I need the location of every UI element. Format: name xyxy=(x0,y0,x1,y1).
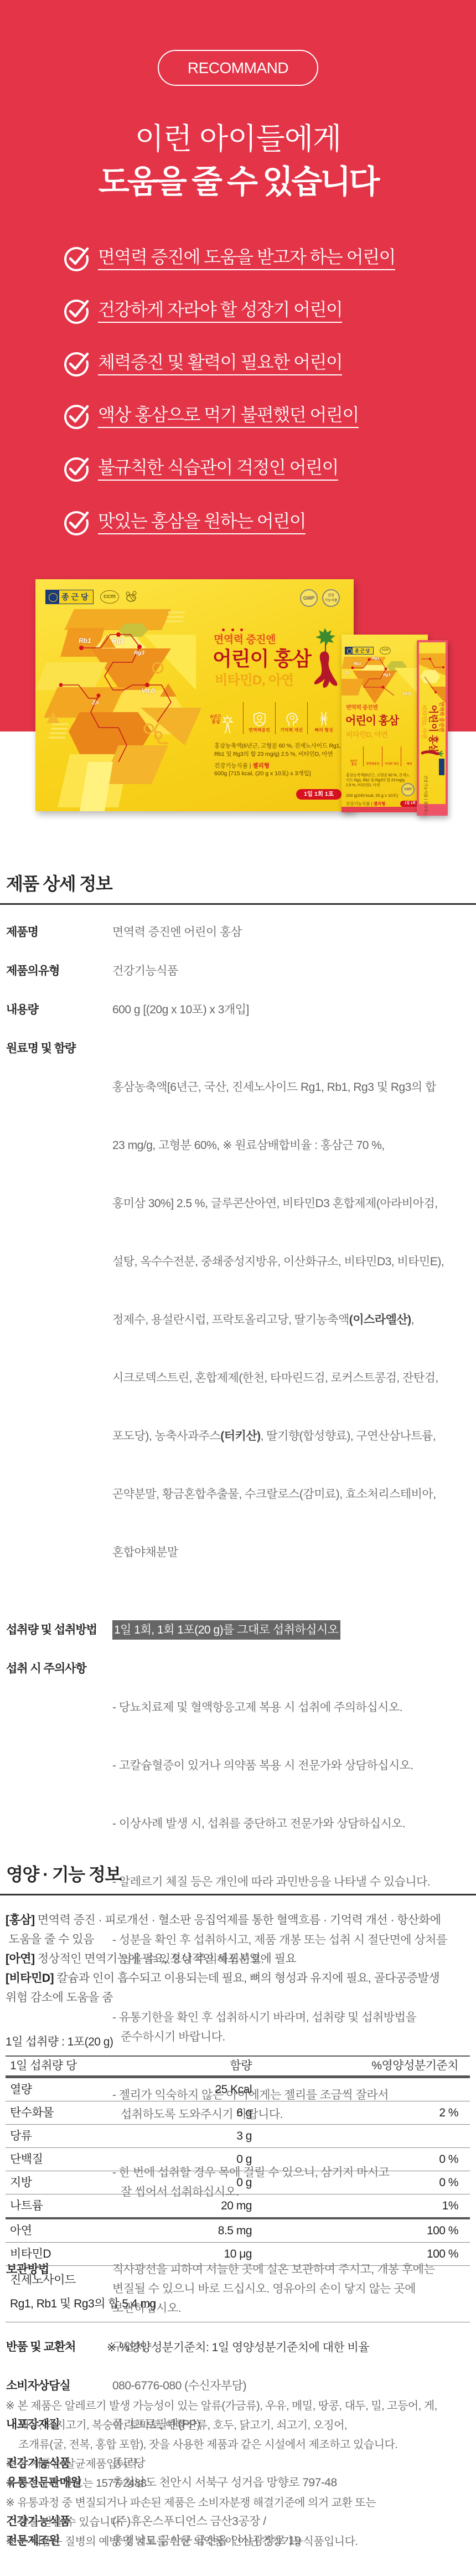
function-label: [홍삼] xyxy=(6,1914,35,1926)
pouch-feature-icons: 6년근 홍삼 면역력증진 기억력 개선 뼈의 xyxy=(345,746,418,766)
product-box-large: 종근당 ccm GMP 건강 기능식품 Rb1 Rg1 Rg3 Vit.D Zn… xyxy=(35,579,354,811)
ingredients-line: 곤약분말, 황금혼합추출물, 수크랄로스(감미료), 효소처리스테비아, xyxy=(112,1485,476,1504)
pattern-label: Vit.D xyxy=(402,692,411,696)
product-pouch: 종근당 ccm Zn Rb1 Rg1 Rg3 Vit.D 면역력 증진엔 어린이… xyxy=(342,635,428,812)
product-stick-pack: 면역력 증진엔 어린이 홍삼 비타민D, 아연 건강기능식품 | 젤리형 | 2… xyxy=(417,640,448,816)
detail-value: 면역력 증진엔 어린이 홍삼 xyxy=(112,923,476,942)
emphasis-dot xyxy=(240,628,243,631)
feature-memory: 기억력 개선 xyxy=(276,702,308,734)
feature-bone: 뼈의 형성 xyxy=(308,702,340,734)
checklist-item: 불규칙한 식습관이 걱정인 어린이 xyxy=(63,455,338,483)
nutrient-percent xyxy=(253,2078,470,2101)
nutrient-percent: 100 % xyxy=(253,2243,470,2265)
detail-row-intake: 섭취량 및 섭취방법 1일 1회, 1회 1포(20 g)를 그대로 섭취하십시… xyxy=(0,1620,476,1640)
checklist-item: 면역력 증진에 도움을 받고자 하는 어린이 xyxy=(63,244,395,273)
table-row: 탄수화물 6 g 2 % xyxy=(6,2101,470,2125)
table-row: 열량 25 Kcal xyxy=(6,2078,470,2101)
daily-value-note: ※ %영양성분기준치: 1일 영양성분기준치에 대한 비율 xyxy=(0,2338,476,2357)
detail-label: 내용량 xyxy=(0,1000,112,1019)
ingredients-line: 홍삼농축액[6년근, 국산, 진세노사이드 Rg1, Rb1, Rg3 및 Rg… xyxy=(112,1078,476,1097)
function-text: 칼슘과 인이 흡수되고 이용되는데 필요, 뼈의 형성과 유지에 필요, 골다공… xyxy=(6,1972,439,2004)
feature-label: 면역력증진 xyxy=(366,762,379,766)
detail-row-customer-service: 소비자상담실 080-6776-080 (수신자부담) xyxy=(0,2376,476,2395)
detail-value-wrap: 1일 1회, 1회 1포(20 g)를 그대로 섭취하십시오 xyxy=(112,1620,476,1640)
bee-icon xyxy=(123,590,139,605)
feature-label: 6년근 홍삼 xyxy=(350,760,357,766)
emphasis-dot xyxy=(222,628,225,631)
pouch-subtitle: 비타민D, 아연 xyxy=(346,730,387,739)
nutrient-percent: 1% xyxy=(253,2194,470,2217)
table-row: 지방 0 g 0 % xyxy=(6,2171,470,2194)
origin-country-emphasis: (이스라엘산) xyxy=(349,1313,411,1326)
circle-check-icon xyxy=(63,508,91,537)
pouch-type-highlight: 젤리형 xyxy=(374,801,386,806)
stick-product-name: 어린이 홍삼 xyxy=(428,705,438,753)
feature-6year-ginseng: 6년근 홍삼 xyxy=(211,702,244,734)
nutrient-amount: 0 g xyxy=(163,2148,253,2171)
gmp-badge-icon: GMP xyxy=(401,783,415,796)
nutrient-percent: 100 % xyxy=(253,2219,470,2242)
checklist-item-text: 불규칙한 식습관이 걱정인 어린이 xyxy=(98,456,338,481)
column-header: 함량 xyxy=(163,2057,253,2075)
ginseng-icon xyxy=(221,715,234,734)
ingredients-text-segment: 정제수, 용설란시럽, 프락토올리고당, 딸기농축액 xyxy=(112,1313,349,1326)
footnote-adverse-report: ※ 이상사례 신고는 1577-2488 xyxy=(6,2474,476,2493)
box-tagline: 면역력 증진엔 xyxy=(214,633,276,647)
recommend-badge: RECOMMAND xyxy=(158,50,318,86)
footnote-allergy: ※ 본 제품은 알레르기 발생 가능성이 있는 알류(가금류), 우유, 메밀,… xyxy=(6,2397,476,2455)
brand-name: 종근당 xyxy=(353,648,373,654)
shield-person-icon xyxy=(252,712,267,727)
nutrient-name: 탄수화물 xyxy=(6,2101,163,2124)
pouch-bottom-band xyxy=(342,807,428,812)
nutrient-name: 열량 xyxy=(6,2078,163,2101)
ingredients-text-segment: , 딸기향(합성향료), 구연산삼나트륨, xyxy=(261,1430,436,1442)
pattern-label: Zn xyxy=(92,700,99,706)
box-volume: 600g [715 kcal, (20 g x 10포) x 3개입] xyxy=(214,770,311,777)
footnote-not-medicine: ※ 본 제품은 질병의 예방 및 치료를 위한 의약품이 아닌 건강기능식품입니… xyxy=(6,2532,476,2552)
detail-value: 건강기능식품 xyxy=(112,961,476,981)
nutrient-name: 비타민D xyxy=(6,2243,163,2265)
stick-pattern-graphic xyxy=(419,642,446,703)
nutrient-amount: 6 g xyxy=(163,2101,253,2124)
pattern-label: Rg3 xyxy=(134,650,144,656)
box-type: 건강기능식품 | xyxy=(214,763,252,769)
box-ingredients-text: 홍삼농축액(6년근, 고형분 60 %, 진세노사이드 Rg1, Rb1 및 R… xyxy=(214,742,341,759)
circle-check-icon xyxy=(63,402,91,431)
ingredients-line: 혼합야채분말 xyxy=(112,1543,476,1562)
detail-label: 제품명 xyxy=(0,923,112,942)
detail-row-ingredients: 원료명 및 함량 홍삼농축액[6년근, 국산, 진세노사이드 Rg1, Rb1,… xyxy=(0,1039,476,1601)
pattern-label: Zn xyxy=(345,671,350,675)
pattern-label: Vit.D xyxy=(142,688,156,694)
stick-tagline: 면역력 증진엔 xyxy=(439,702,444,732)
checklist-item: 건강하게 자라야 할 성장기 어린이 xyxy=(63,297,342,326)
footnote-sterilized: ※ 본 제품은 살균제품입니다. xyxy=(6,2455,476,2474)
ingredients-line: 설탕, 옥수수전분, 중쇄중성지방유, 이산화규소, 비타민D3, 비타민E), xyxy=(112,1252,476,1271)
feature-6year-ginseng: 6년근 홍삼 xyxy=(345,746,364,766)
brand-logo xyxy=(439,759,444,775)
feature-memory: 기억력 개선 xyxy=(382,746,401,766)
nutrition-section: 영양 · 기능 정보 [홍삼] 면역력 증진 · 피로개선 · 혈소판 응집억제… xyxy=(0,1863,476,2007)
pattern-label: Rg3 xyxy=(383,673,390,677)
column-header: 1일 섭취량 당 xyxy=(6,2057,163,2075)
ingredients-text-segment: , xyxy=(411,1313,414,1326)
checklist-item: 맛있는 홍삼을 원하는 어린이 xyxy=(63,508,306,537)
ingredients-line: 포도당), 농축사과주스(터키산), 딸기향(합성향료), 구연산삼나트륨, xyxy=(112,1426,476,1446)
pouch-product-name: 어린이 홍삼 xyxy=(345,714,399,728)
detail-label: 소비자상담실 xyxy=(0,2376,112,2395)
bone-icon xyxy=(318,711,329,727)
ginsenoside-row: 진세노사이드 Rg1, Rb1 및 Rg3의 합 5.4 mg xyxy=(6,2266,470,2322)
checklist-item-text: 액상 홍삼으로 먹기 불편했던 어린이 xyxy=(98,404,359,428)
brand-emblem-icon xyxy=(345,647,353,655)
ingredients-text-segment: 포도당), 농축사과주스 xyxy=(112,1430,220,1442)
feature-label: 뼈의 xyxy=(407,762,412,766)
feature-label: 기억력 개선 xyxy=(280,727,303,734)
pouch-pattern-graphic xyxy=(342,635,428,707)
column-header: %영양성분기준치 xyxy=(253,2057,470,2075)
box-type-highlight: 젤리형 xyxy=(252,763,269,769)
feature-label: 면역력증진 xyxy=(249,727,270,734)
ginseng-illustration-icon xyxy=(421,749,443,759)
function-item-zinc: [아연] 정상적인 면역기능에 필요, 정상적인 세포분열에 필요 xyxy=(6,1949,476,1969)
ingredients-text: 홍삼농축액[6년근, 국산, 진세노사이드 Rg1, Rb1, Rg3 및 Rg… xyxy=(112,1039,476,1601)
box-dosage-badge: 1일 1회 1포 xyxy=(296,789,342,800)
box-feature-icons: 6년근 홍삼 면역력증진 기억력 개선 뼈의 형성 xyxy=(211,702,340,734)
table-row: 나트륨 20 mg 1% xyxy=(6,2194,470,2219)
origin-country-emphasis: (터키산) xyxy=(220,1430,260,1442)
detail-row-volume: 내용량 600 g [(20g x 10포) x 3개입] xyxy=(0,1000,476,1019)
box-product-name: 어린이 홍삼 xyxy=(213,648,311,670)
pattern-label: Rb1 xyxy=(79,637,91,645)
section-divider xyxy=(0,1894,476,1895)
circle-check-icon xyxy=(63,244,91,273)
nutrient-amount: 8.5 mg xyxy=(163,2219,253,2242)
brand-emblem-icon xyxy=(46,590,59,604)
ingredients-line: 홍미삼 30%] 2.5 %, 글루콘산아연, 비타민D3 혼합제제(아라비아검… xyxy=(112,1194,476,1213)
stick-subtitle: 비타민D, 아연 xyxy=(421,705,427,739)
nutrient-name: 단백질 xyxy=(6,2148,163,2171)
precaution-item: - 이상사례 발생 시, 섭취를 중단하고 전문가와 상담하십시오. xyxy=(112,1814,476,1833)
pouch-ingredients-text: 홍삼농축액(6년근, 고형분 60 %, 진세노 이드 Rg1, Rb1 및 R… xyxy=(346,773,410,788)
feature-immunity: 면역력증진 xyxy=(364,746,382,766)
feature-label: 뼈의 형성 xyxy=(314,727,333,734)
detail-label: 제품의유형 xyxy=(0,961,112,981)
table-header-row: 1일 섭취량 당 함량 %영양성분기준치 xyxy=(6,2057,470,2078)
pouch-volume: 200 g(240 kcal, 20 g x 10포) xyxy=(346,793,398,798)
section-divider xyxy=(0,903,476,905)
ingredients-line: 시크로덱스트린, 혼합제제(한천, 타마린드검, 로커스트콩검, 잔탄검, xyxy=(112,1368,476,1388)
pouch-type: 건강기능식품 | xyxy=(346,801,374,806)
detail-row-product-name: 제품명 면역력 증진엔 어린이 홍삼 xyxy=(0,923,476,942)
function-item-red-ginseng: [홍삼] 면역력 증진 · 피로개선 · 혈소판 응집억제를 통한 혈액흐름 ·… xyxy=(6,1910,476,1949)
feature-label: 6년근 홍삼 xyxy=(210,714,221,724)
box-subtitle: 비타민D, 아연 xyxy=(215,672,294,689)
function-item-vitamin-d: [비타민D] 칼슘과 인이 흡수되고 이용되는데 필요, 뼈의 형성과 유지에 … xyxy=(6,1969,476,2007)
section-title: 영양 · 기능 정보 xyxy=(0,1863,476,1886)
gmp-badge-icon: GMP xyxy=(300,589,318,607)
product-detail-page: RECOMMAND 이런 아이들에게 도움을 줄 수 있습니다 면역력 증진에 … xyxy=(0,0,476,2576)
ingredients-line: 정제수, 용설란시럽, 프락토올리고당, 딸기농축액(이스라엘산), xyxy=(112,1310,476,1330)
function-label: [아연] xyxy=(6,1952,35,1965)
precaution-item: - 유통기한을 확인 후 섭취하시기 바라며, 섭취량 및 섭취방법을 준수하시… xyxy=(112,2008,476,2047)
footnotes: ※ 본 제품은 알레르기 발생 가능성이 있는 알류(가금류), 우유, 메밀,… xyxy=(6,2397,476,2552)
nutrient-amount: 20 mg xyxy=(163,2194,253,2217)
feature-bone: 뼈의 xyxy=(401,746,418,766)
section-title: 제품 상세 정보 xyxy=(0,872,476,895)
nutrient-amount: 25 Kcal xyxy=(163,2078,253,2101)
nutrition-table: 1일 섭취량 당 함량 %영양성분기준치 열량 25 Kcal 탄수화물 6 g… xyxy=(6,2055,470,2322)
pattern-label: Rb1 xyxy=(354,662,361,666)
checklist-item-text: 체력증진 및 활력이 필요한 어린이 xyxy=(98,351,342,375)
pouch-type-line: 건강기능식품 | 젤리형 xyxy=(346,801,385,807)
intake-highlight: 1일 1회, 1회 1포(20 g)를 그대로 섭취하십시오 xyxy=(112,1620,340,1640)
detail-value: 080-6776-080 (수신자부담) xyxy=(112,2376,476,2395)
table-row: 당류 3 g xyxy=(6,2125,470,2148)
detail-row-product-type: 제품의유형 건강기능식품 xyxy=(0,961,476,981)
checklist-item: 액상 홍삼으로 먹기 불편했던 어린이 xyxy=(63,402,359,431)
stick-type-label: 건강기능식품 | 젤리형 | 20 g xyxy=(423,775,428,816)
ccm-certification-icon: ccm xyxy=(380,647,391,655)
function-text: 면역력 증진 · 피로개선 · 혈소판 응집억제를 통한 혈액흐름 · 기억력 … xyxy=(6,1914,441,1946)
nutrient-percent xyxy=(253,2125,470,2147)
brand-logo: 종근당 xyxy=(345,647,374,655)
nutrient-percent: 2 % xyxy=(253,2101,470,2124)
checklist-item-text: 면역력 증진에 도움을 받고자 하는 어린이 xyxy=(98,246,395,270)
precaution-item: - 당뇨치료제 및 혈액항응고제 복용 시 섭취에 주의하십시오. xyxy=(112,1698,476,1717)
pattern-label: Rg1 xyxy=(112,637,125,645)
emphasis-dot xyxy=(231,628,234,631)
feature-label: 기억력 개선 xyxy=(385,762,399,766)
checklist-item-text: 건강하게 자라야 할 성장기 어린이 xyxy=(98,298,342,323)
function-text: 정상적인 면역기능에 필요, 정상적인 세포분열에 필요 xyxy=(35,1952,297,1965)
nutrient-name: 나트륨 xyxy=(6,2194,163,2217)
footnote-exchange-refund: ※ 유통과정 중 변질되거나 파손된 제품은 소비자분쟁 해결기준에 의거 교환… xyxy=(6,2493,476,2532)
ginsenoside-label: 진세노사이드 xyxy=(10,2268,470,2292)
nutrient-name: 아연 xyxy=(6,2219,163,2242)
function-label: [비타민D] xyxy=(6,1972,54,1985)
ginseng-illustration-icon xyxy=(311,627,339,689)
ginsenoside-amount: Rg1, Rb1 및 Rg3의 합 5.4 mg xyxy=(10,2292,470,2316)
pouch-tagline: 면역력 증진엔 xyxy=(346,704,377,712)
checklist-item: 체력증진 및 활력이 필요한 어린이 xyxy=(63,349,342,378)
pattern-label: Rg1 xyxy=(372,657,379,661)
circle-check-icon xyxy=(63,455,91,483)
ccm-certification-icon: ccm xyxy=(100,590,119,604)
brand-name: 종근당 xyxy=(59,591,93,602)
head-brain-icon xyxy=(285,712,298,727)
serving-size: 1일 섭취량 : 1포(20 g) xyxy=(6,2032,113,2052)
headline-line-2: 도움을 줄 수 있습니다 xyxy=(0,165,476,199)
nutrient-percent: 0 % xyxy=(253,2171,470,2194)
nutrient-amount: 10 μg xyxy=(163,2243,253,2265)
nutrient-name: 당류 xyxy=(6,2125,163,2147)
headline-line-1: 이런 아이들에게 xyxy=(0,122,476,156)
checklist-item-text: 맛있는 홍삼을 원하는 어린이 xyxy=(98,510,306,534)
table-row: 아연 8.5 mg 100 % xyxy=(6,2219,470,2243)
nutrient-name: 지방 xyxy=(6,2171,163,2194)
nutrient-amount: 3 g xyxy=(163,2125,253,2147)
nutrient-amount: 0 g xyxy=(163,2171,253,2194)
detail-label: 섭취량 및 섭취방법 xyxy=(0,1620,112,1640)
health-food-badge-icon: 건강 기능식품 xyxy=(322,589,340,607)
precaution-item: - 고칼슘혈증이 있거나 의약품 복용 시 전문가와 상담하십시오. xyxy=(112,1756,476,1775)
circle-check-icon xyxy=(63,349,91,378)
nutrient-percent: 0 % xyxy=(253,2148,470,2171)
feature-immunity: 면역력증진 xyxy=(244,702,276,734)
box-type-line: 건강기능식품 | 젤리형 xyxy=(214,762,270,770)
function-info: [홍삼] 면역력 증진 · 피로개선 · 혈소판 응집억제를 통한 혈액흐름 ·… xyxy=(0,1910,476,2007)
detail-label: 원료명 및 함량 xyxy=(0,1039,112,1601)
table-row: 비타민D 10 μg 100 % xyxy=(6,2243,470,2266)
ingredients-line: 23 mg/g, 고형분 60%, ※ 원료삼배합비율 : 홍삼근 70 %, xyxy=(112,1136,476,1155)
detail-value: 600 g [(20g x 10포) x 3개입] xyxy=(112,1000,476,1019)
brand-logo: 종근당 xyxy=(45,590,94,604)
circle-check-icon xyxy=(63,297,91,326)
table-row: 단백질 0 g 0 % xyxy=(6,2148,470,2171)
